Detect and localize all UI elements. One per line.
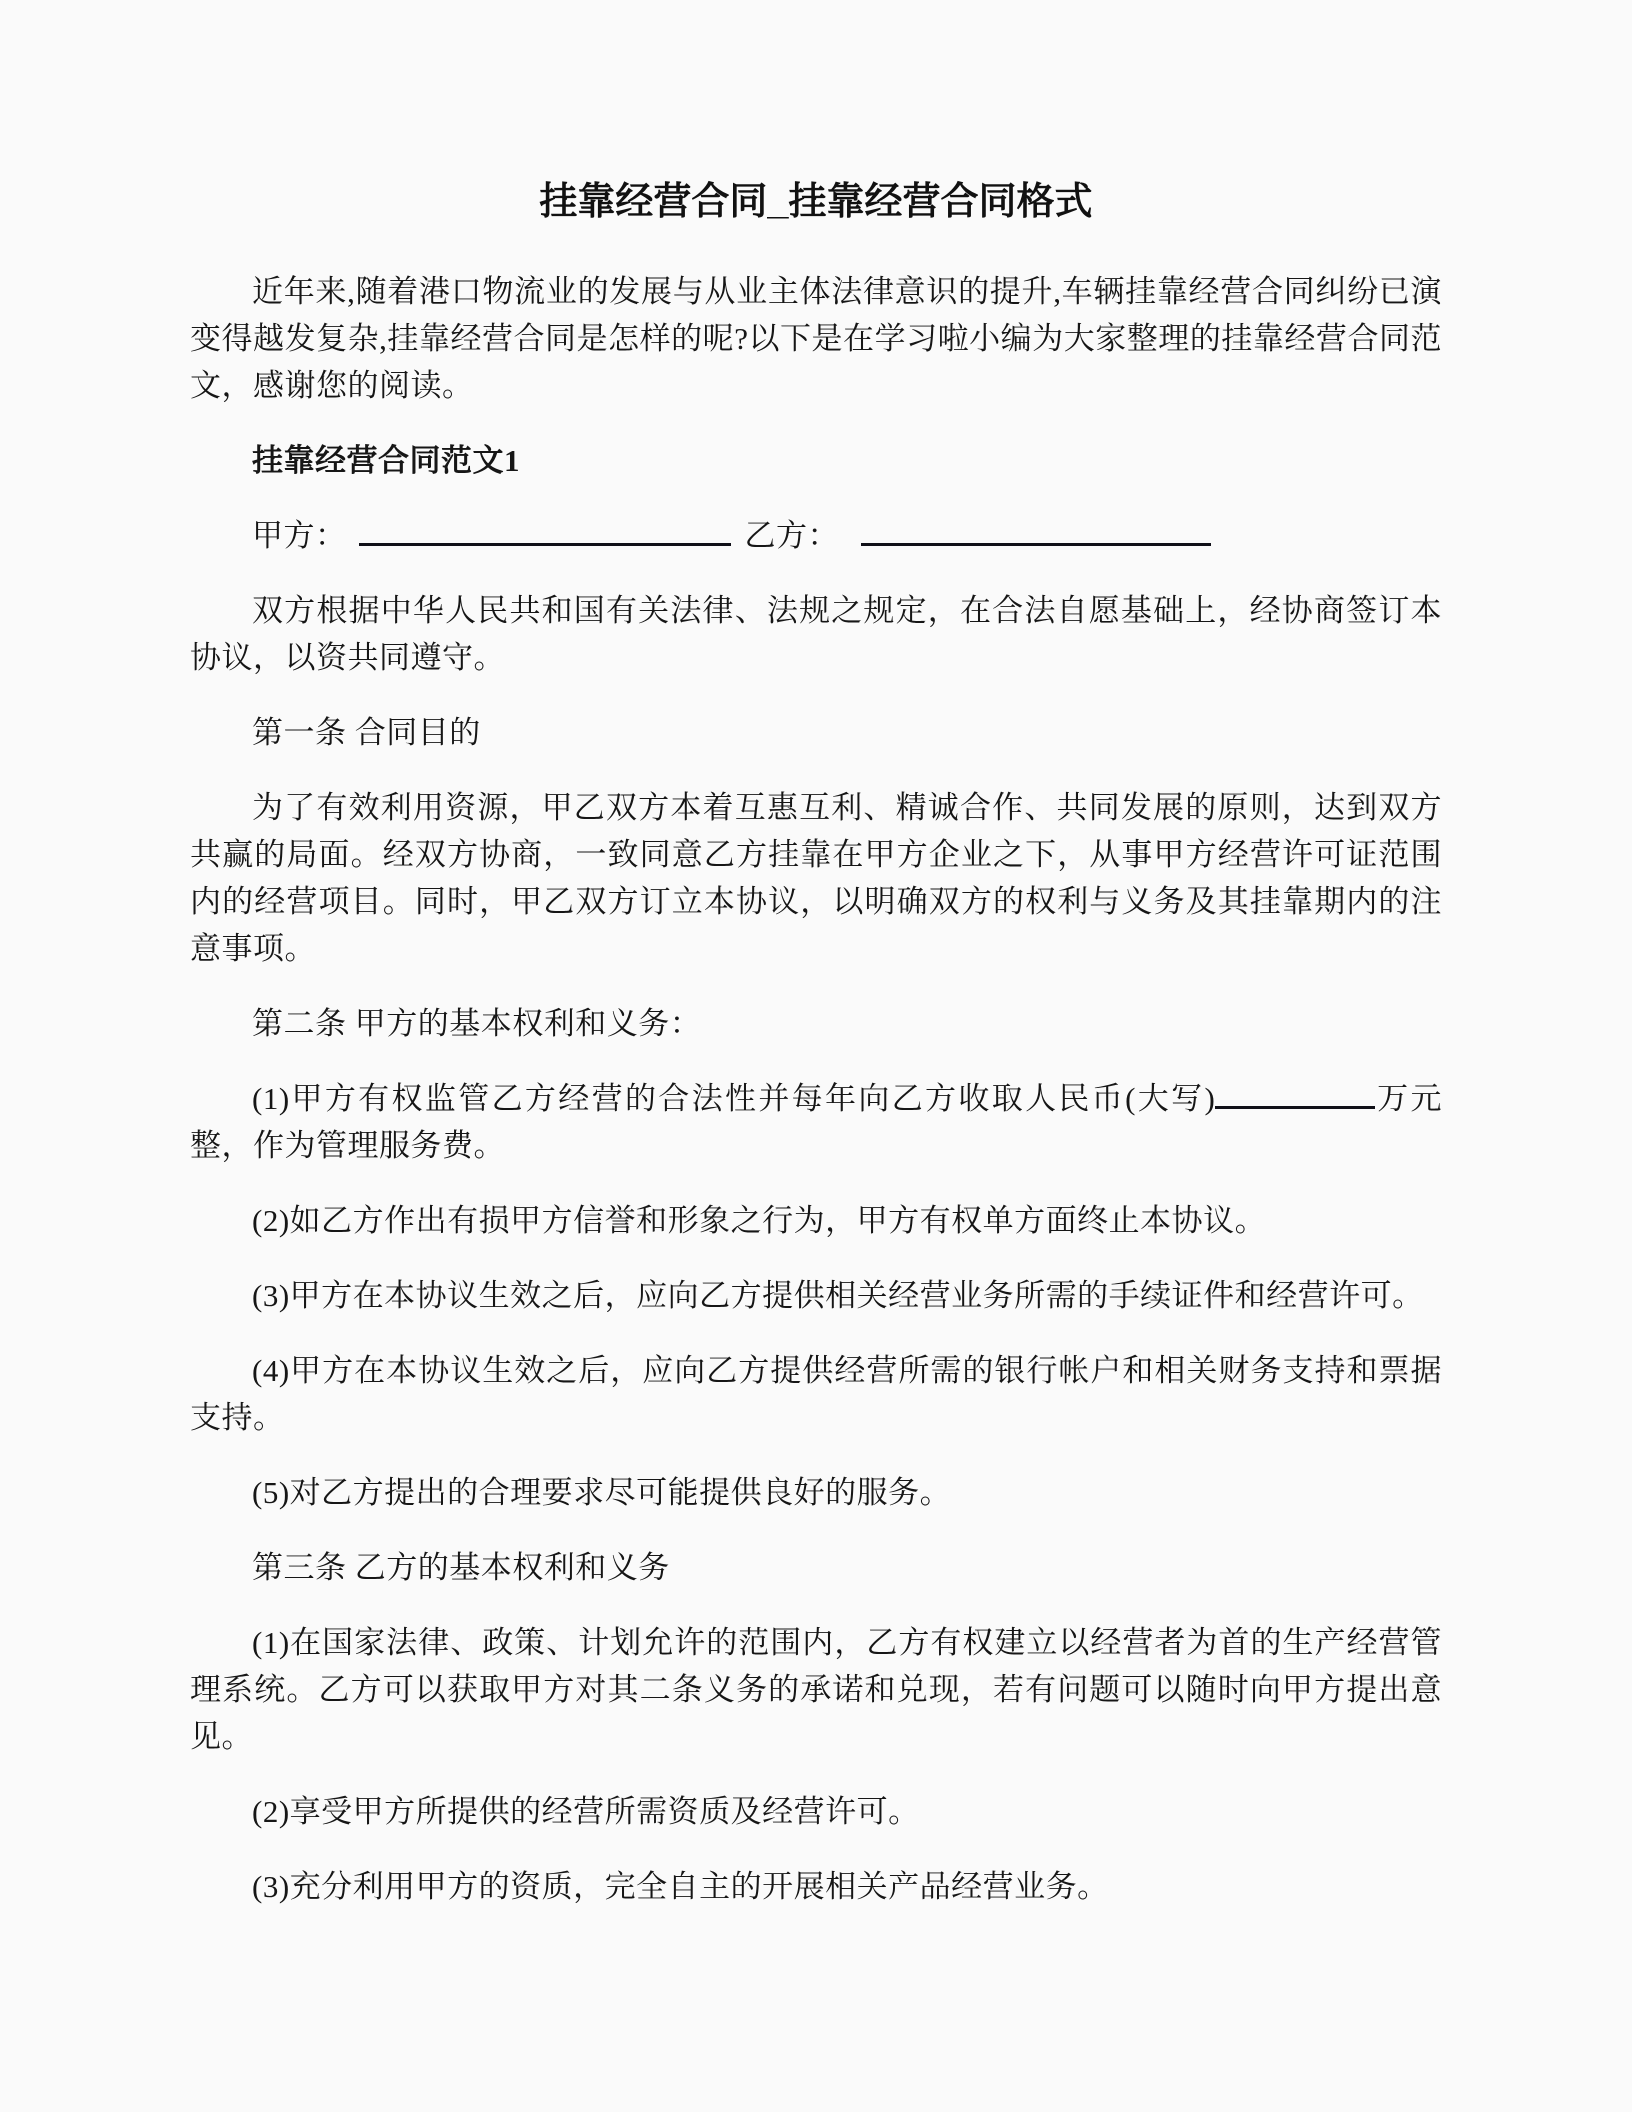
clause2-item-3: (3)甲方在本协议生效之后，应向乙方提供相关经营业务所需的手续证件和经营许可。 xyxy=(190,1272,1442,1319)
sample1-heading: 挂靠经营合同范文1 xyxy=(190,437,1442,484)
clause3-item-1: (1)在国家法律、政策、计划允许的范围内，乙方有权建立以经营者为首的生产经营管理… xyxy=(190,1619,1442,1760)
clause1-body: 为了有效利用资源，甲乙双方本着互惠互利、精诚合作、共同发展的原则，达到双方共赢的… xyxy=(190,784,1442,972)
clause2-item-1-prefix: (1)甲方有权监管乙方经营的合法性并每年向乙方收取人民币(大写) xyxy=(252,1081,1215,1116)
party-b-blank-field xyxy=(861,515,1211,546)
clause2-heading: 第二条 甲方的基本权利和义务： xyxy=(190,1000,1442,1047)
clause2-item-2: (2)如乙方作出有损甲方信誉和形象之行为，甲方有权单方面终止本协议。 xyxy=(190,1197,1442,1244)
agreement-basis-paragraph: 双方根据中华人民共和国有关法律、法规之规定，在合法自愿基础上，经协商签订本协议，… xyxy=(190,587,1442,681)
intro-paragraph: 近年来,随着港口物流业的发展与从业主体法律意识的提升,车辆挂靠经营合同纠纷已演变… xyxy=(190,268,1442,409)
contract-document-page: 挂靠经营合同_挂靠经营合同格式 近年来,随着港口物流业的发展与从业主体法律意识的… xyxy=(0,0,1632,2112)
clause3-item-2: (2)享受甲方所提供的经营所需资质及经营许可。 xyxy=(190,1788,1442,1835)
party-line: 甲方：乙方： xyxy=(190,512,1442,559)
clause3-heading: 第三条 乙方的基本权利和义务 xyxy=(190,1544,1442,1591)
document-title: 挂靠经营合同_挂靠经营合同格式 xyxy=(190,178,1442,226)
clause2-item-5: (5)对乙方提出的合理要求尽可能提供良好的服务。 xyxy=(190,1469,1442,1516)
clause1-heading: 第一条 合同目的 xyxy=(190,709,1442,756)
party-b-label: 乙方： xyxy=(745,518,840,553)
party-a-label: 甲方： xyxy=(252,518,347,553)
clause3-item-3: (3)充分利用甲方的资质，完全自主的开展相关产品经营业务。 xyxy=(190,1863,1442,1910)
amount-blank-field xyxy=(1215,1078,1375,1109)
clause2-item-1: (1)甲方有权监管乙方经营的合法性并每年向乙方收取人民币(大写)万元整，作为管理… xyxy=(190,1075,1442,1169)
party-a-blank-field xyxy=(359,515,731,546)
clause2-item-4: (4)甲方在本协议生效之后，应向乙方提供经营所需的银行帐户和相关财务支持和票据支… xyxy=(190,1347,1442,1441)
